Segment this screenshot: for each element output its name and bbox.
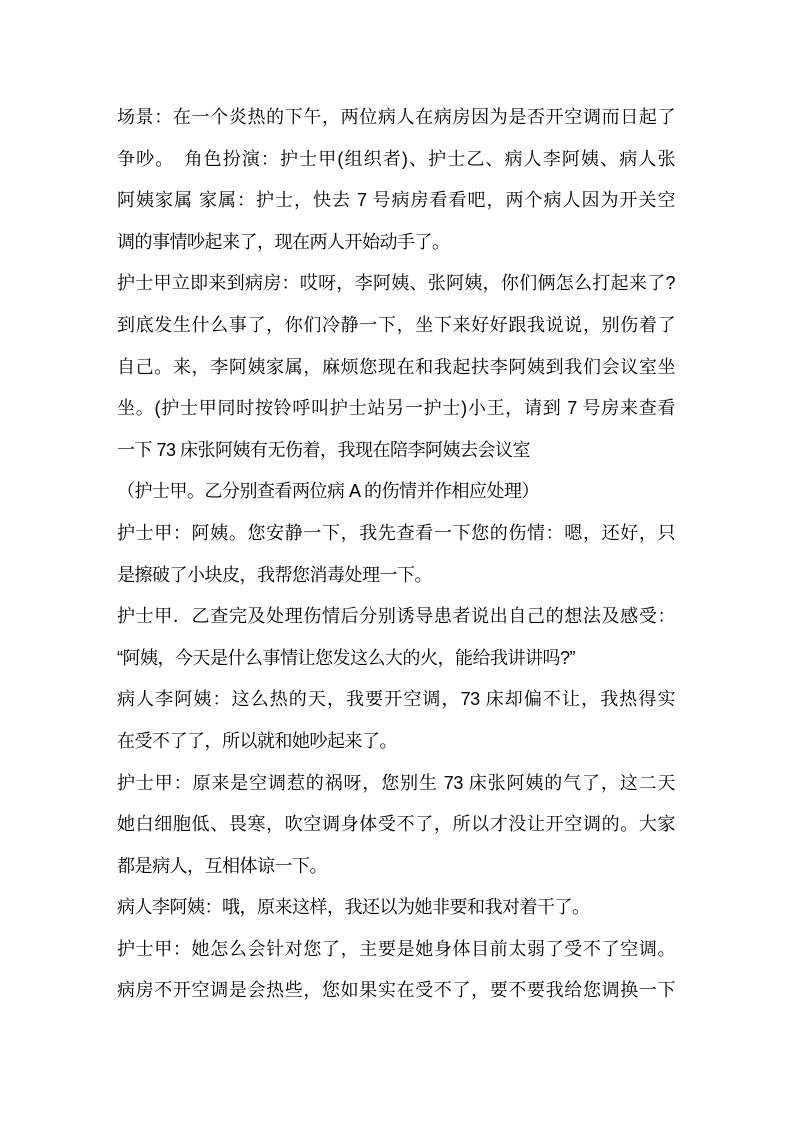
- text-line: 在受不了了，所以就和她吵起来了。: [117, 721, 675, 763]
- paragraph: （护士甲。乙分别查看两位病 A 的伤情并作相应处理）: [117, 471, 675, 513]
- text-line: 她白细胞低、畏寒，吹空调身体受不了，所以才没让开空调的。大家: [117, 804, 675, 846]
- text-line: （护士甲。乙分别查看两位病 A 的伤情并作相应处理）: [117, 471, 675, 513]
- text-line: 是擦破了小块皮，我帮您消毒处理一下。: [117, 555, 675, 597]
- document-page: 场景：在一个炎热的下午，两位病人在病房因为是否开空调而日起了争吵。 角色扮演：护…: [0, 0, 793, 1122]
- paragraph: 护士甲立即来到病房：哎呀，李阿姨、张阿姨，你们俩怎么打起来了?到底发生什么事了，…: [117, 263, 675, 471]
- paragraph: 护士甲：阿姨。您安静一下，我先查看一下您的伤情：嗯，还好，只是擦破了小块皮，我帮…: [117, 513, 675, 596]
- document-body: 场景：在一个炎热的下午，两位病人在病房因为是否开空调而日起了争吵。 角色扮演：护…: [117, 97, 675, 1012]
- text-line: 都是病人，互相体谅一下。: [117, 846, 675, 888]
- text-line: 护士甲：她怎么会针对您了，主要是她身体目前太弱了受不了空调。: [117, 929, 675, 971]
- paragraph: 护士甲：原来是空调惹的祸呀，您别生 73 床张阿姨的气了，这二天她白细胞低、畏寒…: [117, 763, 675, 888]
- text-line: 自己。来，李阿姨家属，麻烦您现在和我起扶李阿姨到我们会议室坐: [117, 347, 675, 389]
- text-line: 坐。(护士甲同时按铃呼叫护士站另一护士)小王，请到 7 号房来查看: [117, 388, 675, 430]
- paragraph: 病人李阿姨：这么热的天，我要开空调，73 床却偏不让，我热得实在受不了了，所以就…: [117, 679, 675, 762]
- text-line: 争吵。 角色扮演：护士甲(组织者)、护士乙、病人李阿姨、病人张: [117, 139, 675, 181]
- text-line: 护士甲：阿姨。您安静一下，我先查看一下您的伤情：嗯，还好，只: [117, 513, 675, 555]
- text-line: 病房不开空调是会热些，您如果实在受不了，要不要我给您调换一下: [117, 970, 675, 1012]
- text-line: 护士甲立即来到病房：哎呀，李阿姨、张阿姨，你们俩怎么打起来了?: [117, 263, 675, 305]
- text-line: 护士甲．乙查完及处理伤情后分别诱导患者说出自己的想法及感受：: [117, 596, 675, 638]
- text-line: “阿姨，今天是什么事情让您发这么大的火，能给我讲讲吗?”: [117, 638, 675, 680]
- paragraph: 病人李阿姨：哦，原来这样，我还以为她非要和我对着干了。: [117, 887, 675, 929]
- text-line: 一下 73 床张阿姨有无伤着，我现在陪李阿姨去会议室: [117, 430, 675, 472]
- text-line: 护士甲：原来是空调惹的祸呀，您别生 73 床张阿姨的气了，这二天: [117, 763, 675, 805]
- text-line: 场景：在一个炎热的下午，两位病人在病房因为是否开空调而日起了: [117, 97, 675, 139]
- text-line: 病人李阿姨：哦，原来这样，我还以为她非要和我对着干了。: [117, 887, 675, 929]
- paragraph: 护士甲：她怎么会针对您了，主要是她身体目前太弱了受不了空调。病房不开空调是会热些…: [117, 929, 675, 1012]
- text-line: 调的事情吵起来了，现在两人开始动手了。: [117, 222, 675, 264]
- text-line: 到底发生什么事了，你们冷静一下，坐下来好好跟我说说，别伤着了: [117, 305, 675, 347]
- text-line: 阿姨家属 家属：护士，快去 7 号病房看看吧，两个病人因为开关空: [117, 180, 675, 222]
- paragraph: 场景：在一个炎热的下午，两位病人在病房因为是否开空调而日起了争吵。 角色扮演：护…: [117, 97, 675, 263]
- paragraph: 护士甲．乙查完及处理伤情后分别诱导患者说出自己的想法及感受：“阿姨，今天是什么事…: [117, 596, 675, 679]
- text-line: 病人李阿姨：这么热的天，我要开空调，73 床却偏不让，我热得实: [117, 679, 675, 721]
